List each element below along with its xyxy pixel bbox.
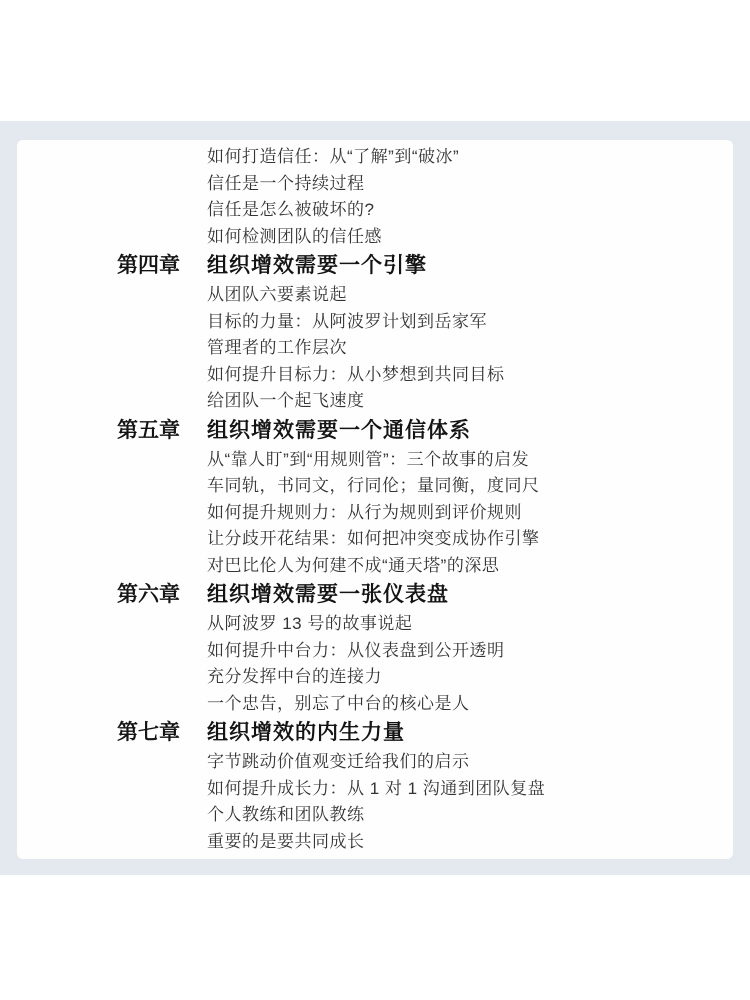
chapter-label: 第六章 xyxy=(117,579,207,609)
chapter-title: 组织增效需要一个通信体系 xyxy=(207,415,471,445)
chapter-title: 组织增效的内生力量 xyxy=(207,717,405,747)
toc-item: 重要的是要共同成长 xyxy=(17,829,733,856)
toc-item: 如何提升目标力：从小梦想到共同目标 xyxy=(17,362,733,389)
chapter-heading-5: 第五章 组织增效需要一个通信体系 xyxy=(17,415,733,445)
page-frame-band: 如何打造信任：从“了解”到“破冰” 信任是一个持续过程 信任是怎么被破坏的? 如… xyxy=(0,121,750,875)
chapter-heading-7: 第七章 组织增效的内生力量 xyxy=(17,717,733,747)
toc-item: 个人教练和团队教练 xyxy=(17,802,733,829)
toc-item: 信任是怎么被破坏的? xyxy=(17,197,733,224)
toc-item: 对巴比伦人为何建不成“通天塔”的深思 xyxy=(17,553,733,580)
table-of-contents: 如何打造信任：从“了解”到“破冰” 信任是一个持续过程 信任是怎么被破坏的? 如… xyxy=(17,140,733,855)
toc-item: 如何提升规则力：从行为规则到评价规则 xyxy=(17,500,733,527)
toc-item: 如何检测团队的信任感 xyxy=(17,224,733,251)
toc-page: 如何打造信任：从“了解”到“破冰” 信任是一个持续过程 信任是怎么被破坏的? 如… xyxy=(17,140,733,859)
toc-item: 字节跳动价值观变迁给我们的启示 xyxy=(17,749,733,776)
toc-item: 从阿波罗 13 号的故事说起 xyxy=(17,611,733,638)
chapter-heading-4: 第四章 组织增效需要一个引擎 xyxy=(17,250,733,280)
toc-item: 从“靠人盯”到“用规则管”：三个故事的启发 xyxy=(17,447,733,474)
toc-item: 一个忠告，别忘了中台的核心是人 xyxy=(17,691,733,718)
book-toc-photo: { "colors": { "outer_background": "#ffff… xyxy=(0,0,750,1000)
toc-item: 信任是一个持续过程 xyxy=(17,171,733,198)
toc-item: 让分歧开花结果：如何把冲突变成协作引擎 xyxy=(17,526,733,553)
chapter-label: 第五章 xyxy=(117,415,207,445)
chapter-label: 第四章 xyxy=(117,250,207,280)
toc-item: 充分发挥中台的连接力 xyxy=(17,664,733,691)
chapter-heading-6: 第六章 组织增效需要一张仪表盘 xyxy=(17,579,733,609)
toc-item: 从团队六要素说起 xyxy=(17,282,733,309)
toc-item: 给团队一个起飞速度 xyxy=(17,388,733,415)
toc-item: 目标的力量：从阿波罗计划到岳家军 xyxy=(17,309,733,336)
toc-item: 如何提升成长力：从 1 对 1 沟通到团队复盘 xyxy=(17,776,733,803)
toc-item: 管理者的工作层次 xyxy=(17,335,733,362)
toc-item: 如何打造信任：从“了解”到“破冰” xyxy=(17,144,733,171)
toc-item: 车同轨，书同文，行同伦；量同衡，度同尺 xyxy=(17,473,733,500)
chapter-label: 第七章 xyxy=(117,717,207,747)
toc-item: 如何提升中台力：从仪表盘到公开透明 xyxy=(17,638,733,665)
chapter-title: 组织增效需要一张仪表盘 xyxy=(207,579,449,609)
chapter-title: 组织增效需要一个引擎 xyxy=(207,250,427,280)
